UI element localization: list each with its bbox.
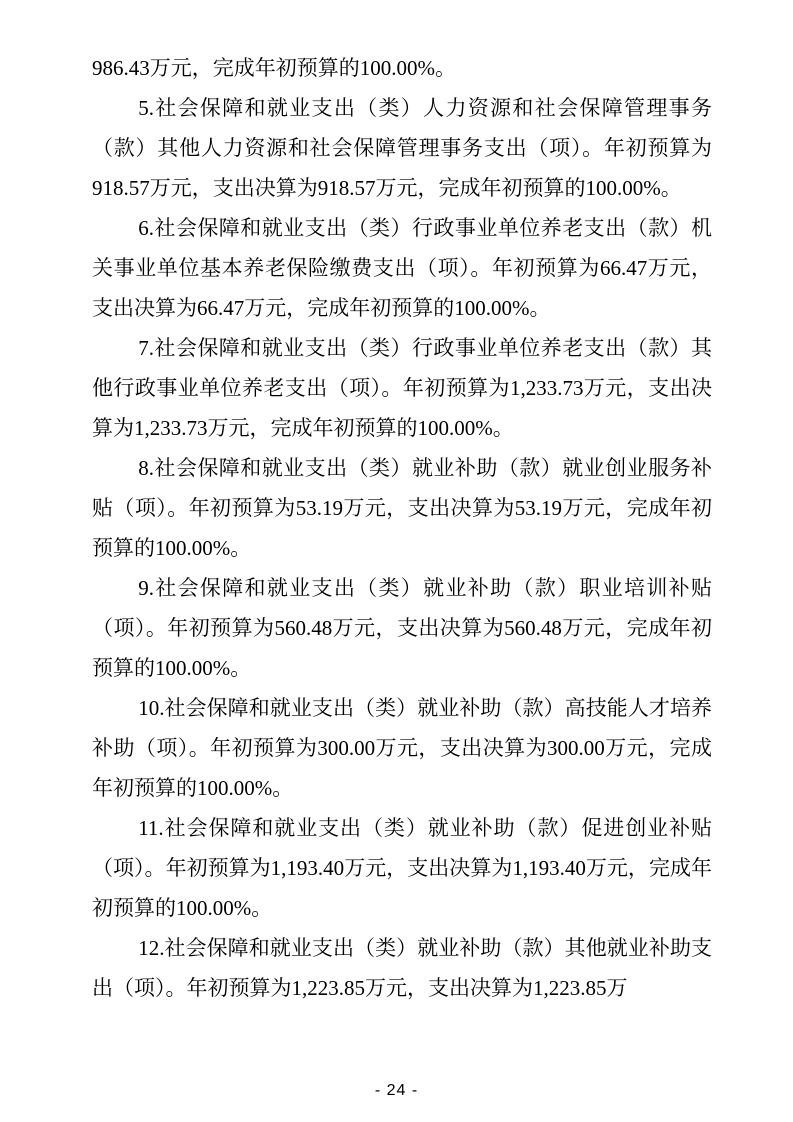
paragraph-item-9: 9.社会保障和就业支出（类）就业补助（款）职业培训补贴（项）。年初预算为560.… (92, 568, 712, 688)
document-page: 986.43万元，完成年初预算的100.00%。 5.社会保障和就业支出（类）人… (0, 0, 793, 1122)
page-number: - 24 - (0, 1082, 793, 1100)
paragraph-item-10: 10.社会保障和就业支出（类）就业补助（款）高技能人才培养补助（项）。年初预算为… (92, 688, 712, 808)
paragraph-continuation: 986.43万元，完成年初预算的100.00%。 (92, 48, 712, 88)
paragraph-item-8: 8.社会保障和就业支出（类）就业补助（款）就业创业服务补贴（项）。年初预算为53… (92, 448, 712, 568)
paragraph-item-5: 5.社会保障和就业支出（类）人力资源和社会保障管理事务（款）其他人力资源和社会保… (92, 88, 712, 208)
paragraph-item-12: 12.社会保障和就业支出（类）就业补助（款）其他就业补助支出（项）。年初预算为1… (92, 928, 712, 1008)
paragraph-item-11: 11.社会保障和就业支出（类）就业补助（款）促进创业补贴（项）。年初预算为1,1… (92, 808, 712, 928)
document-body: 986.43万元，完成年初预算的100.00%。 5.社会保障和就业支出（类）人… (92, 48, 712, 1008)
paragraph-item-7: 7.社会保障和就业支出（类）行政事业单位养老支出（款）其他行政事业单位养老支出（… (92, 328, 712, 448)
paragraph-item-6: 6.社会保障和就业支出（类）行政事业单位养老支出（款）机关事业单位基本养老保险缴… (92, 208, 712, 328)
